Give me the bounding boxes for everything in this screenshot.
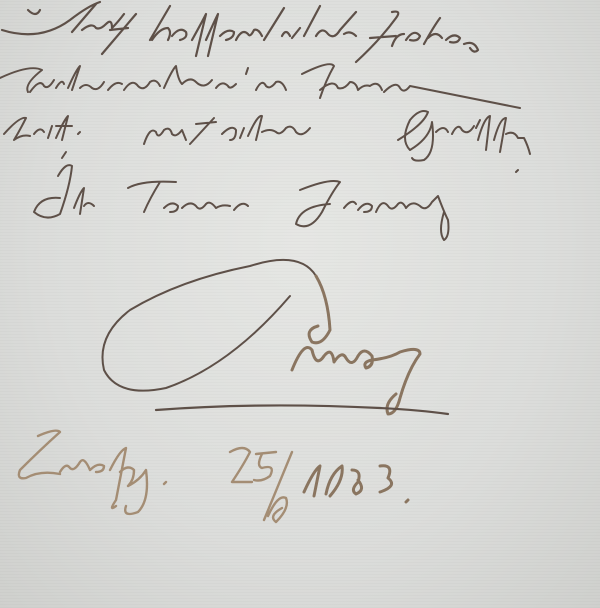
handwriting-ink bbox=[0, 0, 600, 608]
letter-page: Auf hoffentlich frohes Wiedersehen in ku… bbox=[0, 0, 600, 608]
handwriting-line-3 bbox=[4, 111, 530, 172]
handwriting-line-2 bbox=[0, 64, 520, 108]
signature-ink bbox=[102, 260, 448, 414]
place-date-ink bbox=[19, 431, 408, 522]
handwriting-line-4 bbox=[34, 152, 449, 240]
handwriting-line-1 bbox=[2, 2, 478, 62]
